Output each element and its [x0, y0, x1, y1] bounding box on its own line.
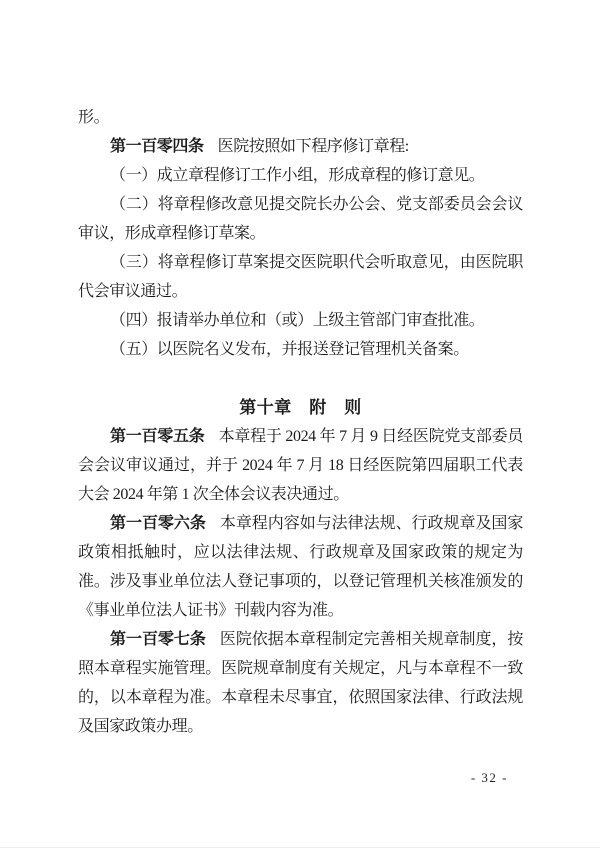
document-page: 形。 第一百零四条医院按照如下程序修订章程: （一）成立章程修订工作小组，形成章…	[0, 0, 600, 848]
article-107-paragraph: 第一百零七条医院依据本章程制定完善相关规章制度，按照本章程实施管理。医院规章制度…	[78, 625, 523, 741]
procedure-item-2: （二）将章程修改意见提交院长办公会、党支部委员会会议审议，形成章程修订草案。	[78, 190, 523, 248]
article-104-paragraph: 第一百零四条医院按照如下程序修订章程:	[78, 132, 523, 161]
chapter-heading: 第十章 附 则	[78, 393, 523, 422]
article-104-text: 医院按照如下程序修订章程:	[218, 138, 409, 155]
article-105-number: 第一百零五条	[110, 428, 219, 445]
continuation-paragraph: 形。	[78, 103, 523, 132]
procedure-item-1: （一）成立章程修订工作小组，形成章程的修订意见。	[78, 161, 523, 190]
article-104-number: 第一百零四条	[110, 138, 218, 155]
procedure-item-5: （五）以医院名义发布，并报送登记管理机关备案。	[78, 335, 523, 364]
page-number: - 32 -	[0, 770, 508, 786]
procedure-item-4: （四）报请举办单位和（或）上级主管部门审查批准。	[78, 306, 523, 335]
article-107-number: 第一百零七条	[110, 631, 220, 648]
article-105-paragraph: 第一百零五条本章程于 2024 年 7 月 9 日经医院党支部委员会会议审议通过…	[78, 422, 523, 509]
article-106-number: 第一百零六条	[110, 515, 220, 532]
document-body: 形。 第一百零四条医院按照如下程序修订章程: （一）成立章程修订工作小组，形成章…	[78, 103, 523, 741]
article-106-paragraph: 第一百零六条本章程内容如与法律法规、行政规章及国家政策相抵触时，应以法律法规、行…	[78, 509, 523, 625]
procedure-item-3: （三）将章程修订草案提交医院职代会听取意见，由医院职代会审议通过。	[78, 248, 523, 306]
